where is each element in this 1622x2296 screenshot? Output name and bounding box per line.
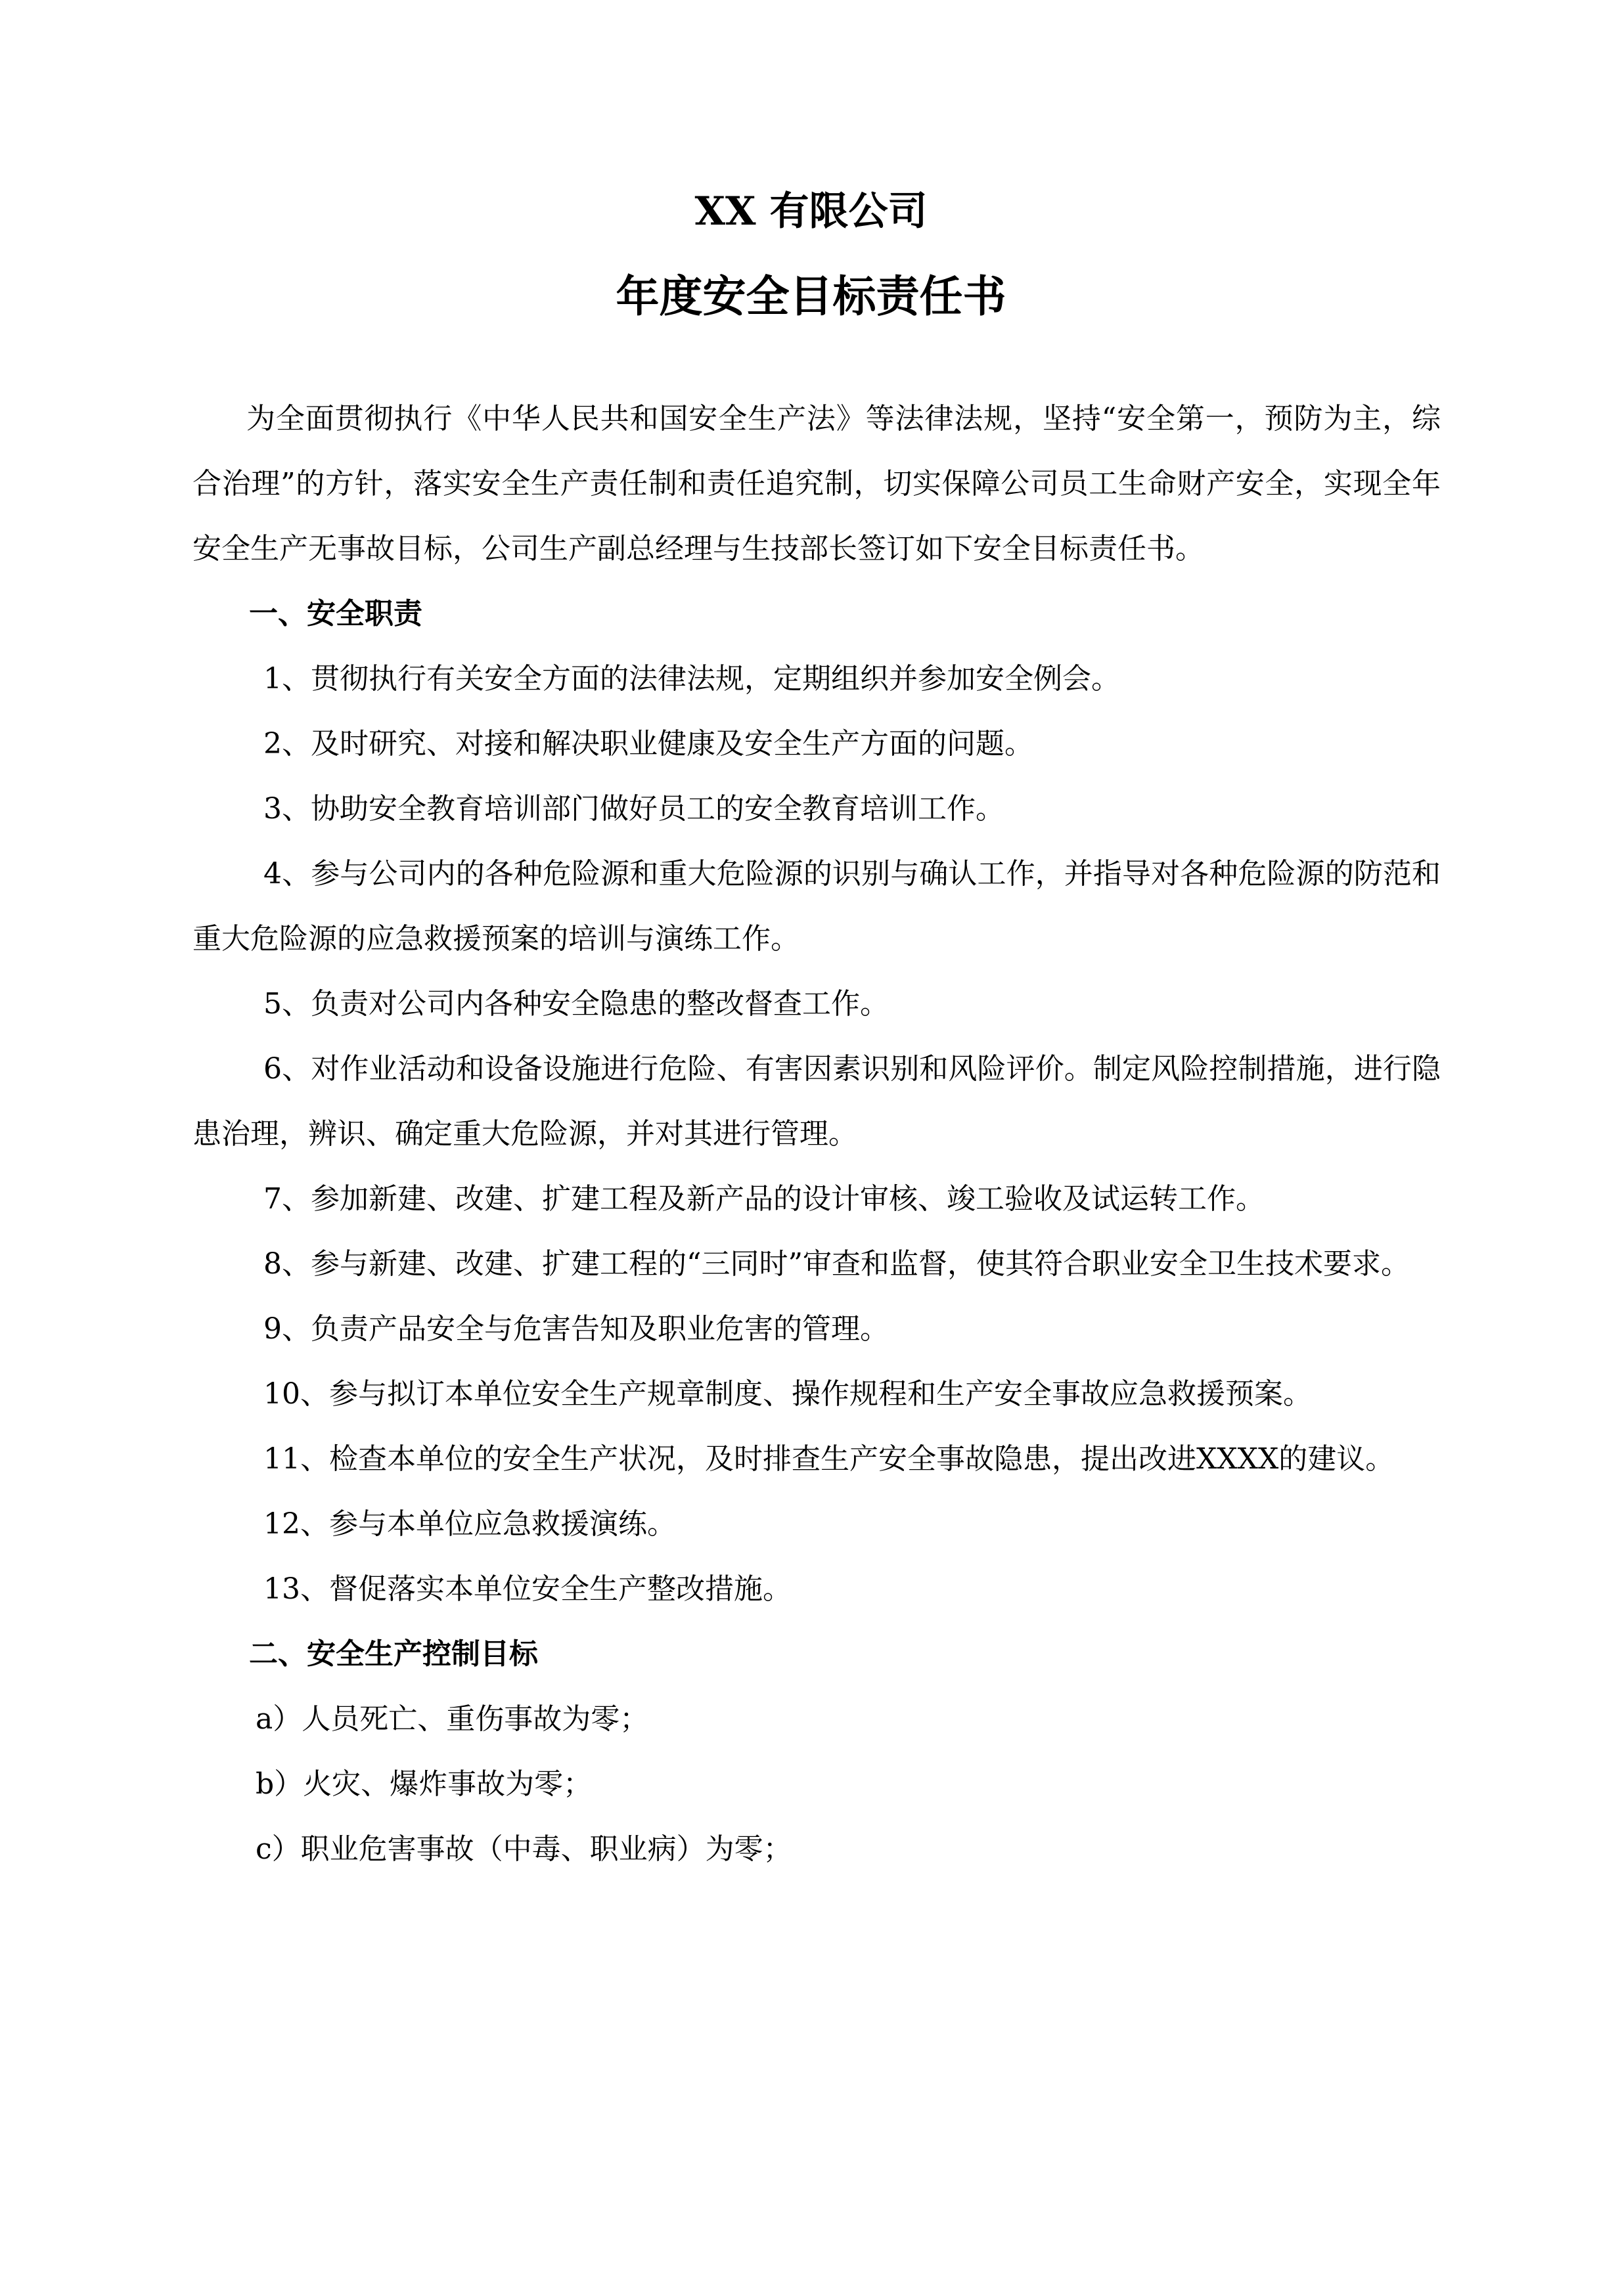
document-page: XX 有限公司 年度安全目标责任书 为全面贯彻执行《中华人民共和国安全生产法》等… xyxy=(0,0,1622,2296)
duty-item-9: 9、负责产品安全与危害告知及职业危害的管理。 xyxy=(192,1296,1441,1361)
duty-item-7: 7、参加新建、改建、扩建工程及新产品的设计审核、竣工验收及试运转工作。 xyxy=(192,1166,1441,1231)
goal-item-b: b）火灾、爆炸事故为零； xyxy=(192,1752,1441,1817)
goal-item-a: a）人员死亡、重伤事故为零； xyxy=(192,1687,1441,1752)
goal-item-c: c）职业危害事故（中毒、职业病）为零； xyxy=(192,1817,1441,1882)
duty-item-12: 12、参与本单位应急救援演练。 xyxy=(192,1491,1441,1556)
duty-item-2: 2、及时研究、对接和解决职业健康及安全生产方面的问题。 xyxy=(192,711,1441,776)
duty-item-6: 6、对作业活动和设备设施进行危险、有害因素识别和风险评价。制定风险控制措施，进行… xyxy=(192,1036,1441,1166)
duty-item-5: 5、负责对公司内各种安全隐患的整改督查工作。 xyxy=(192,971,1441,1036)
duty-item-11: 11、检查本单位的安全生产状况，及时排查生产安全事故隐患，提出改进XXXX的建议… xyxy=(192,1426,1441,1491)
duty-item-13: 13、督促落实本单位安全生产整改措施。 xyxy=(192,1556,1441,1622)
document-body: 为全面贯彻执行《中华人民共和国安全生产法》等法律法规，坚持“安全第一，预防为主，… xyxy=(192,386,1441,1882)
intro-paragraph: 为全面贯彻执行《中华人民共和国安全生产法》等法律法规，坚持“安全第一，预防为主，… xyxy=(192,386,1441,581)
section1-heading: 一、安全职责 xyxy=(192,581,1441,646)
duty-item-4: 4、参与公司内的各种危险源和重大危险源的识别与确认工作，并指导对各种危险源的防范… xyxy=(192,841,1441,971)
duty-item-8: 8、参与新建、改建、扩建工程的“三同时”审查和监督，使其符合职业安全卫生技术要求… xyxy=(192,1231,1441,1296)
section2-heading: 二、安全生产控制目标 xyxy=(192,1622,1441,1687)
duty-item-1: 1、贯彻执行有关安全方面的法律法规，定期组织并参加安全例会。 xyxy=(192,646,1441,711)
doc-title-company: XX 有限公司 xyxy=(0,188,1622,235)
duty-item-3: 3、协助安全教育培训部门做好员工的安全教育培训工作。 xyxy=(192,776,1441,841)
duty-item-10: 10、参与拟订本单位安全生产规章制度、操作规程和生产安全事故应急救援预案。 xyxy=(192,1361,1441,1426)
doc-title-subject: 年度安全目标责任书 xyxy=(0,271,1622,322)
